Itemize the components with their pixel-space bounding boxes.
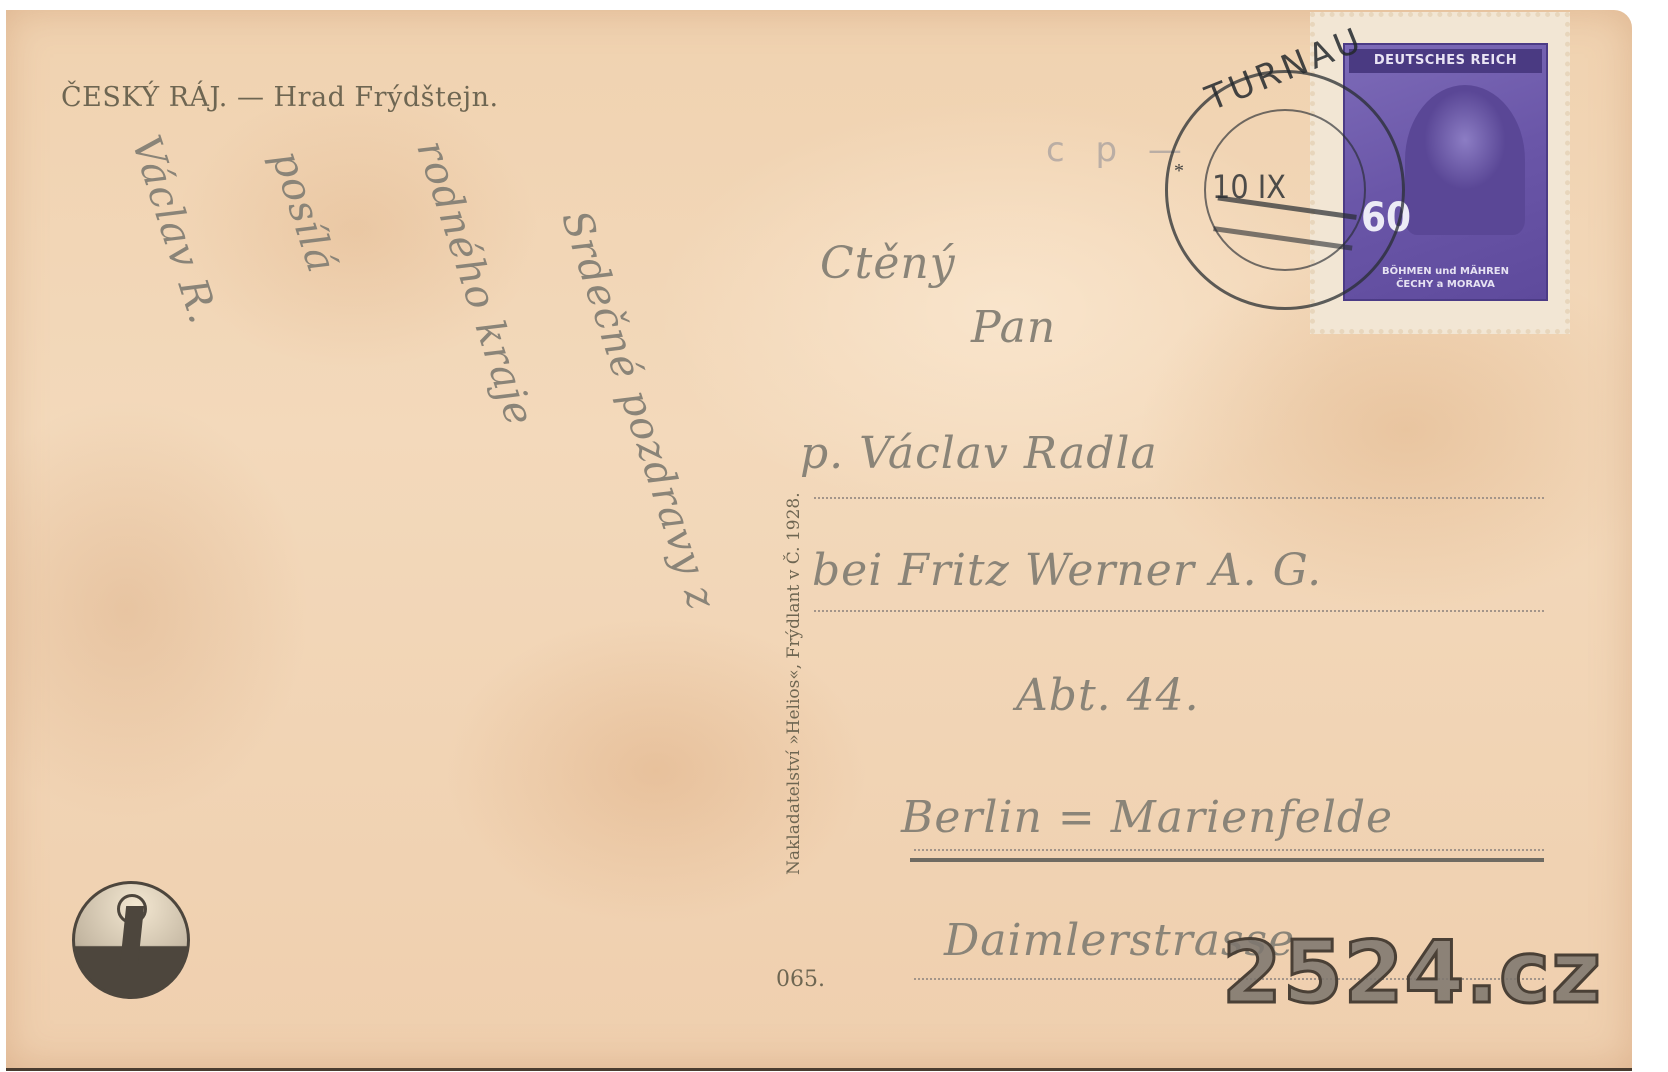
- address-line: p. Václav Radla: [800, 428, 1158, 479]
- address-line: Pan: [971, 302, 1056, 353]
- stamp-issuer-line2: ČECHY a MORAVA: [1349, 278, 1542, 291]
- address-salutation: Ctěný: [820, 238, 956, 289]
- stamp-issuer-line1: BÖHMEN und MÄHREN: [1349, 265, 1542, 278]
- publisher-imprint: Nakladatelství »Helios«, Frýdlant v Č. 1…: [784, 492, 804, 875]
- stamp-portrait-icon: [1405, 85, 1525, 235]
- message-line: rodného kraje: [407, 135, 543, 432]
- message-line: posílá: [262, 145, 345, 279]
- message-line: Srdečné pozdravy z: [552, 205, 725, 615]
- address-line: Abt. 44.: [1016, 670, 1200, 721]
- card-number: 065.: [776, 967, 825, 992]
- stamp-issuer: BÖHMEN und MÄHREN ČECHY a MORAVA: [1349, 265, 1542, 291]
- address-dotted-line: [914, 849, 1544, 851]
- address-dotted-line: [814, 497, 1544, 499]
- postmark-star-icon: *: [1174, 160, 1184, 183]
- watermark: 2524.cz: [1222, 930, 1602, 1016]
- castle-emblem-icon: [72, 881, 190, 999]
- printed-title: ČESKÝ RÁJ. — Hrad Frýdštejn.: [61, 82, 499, 113]
- address-underline: [910, 858, 1544, 862]
- stamp-country: DEUTSCHES REICH: [1349, 49, 1542, 73]
- address-dotted-line: [814, 610, 1544, 612]
- message-line: Václav R.: [122, 130, 226, 330]
- address-line: Berlin = Marienfelde: [901, 792, 1393, 843]
- address-line: bei Fritz Werner A. G.: [812, 545, 1322, 596]
